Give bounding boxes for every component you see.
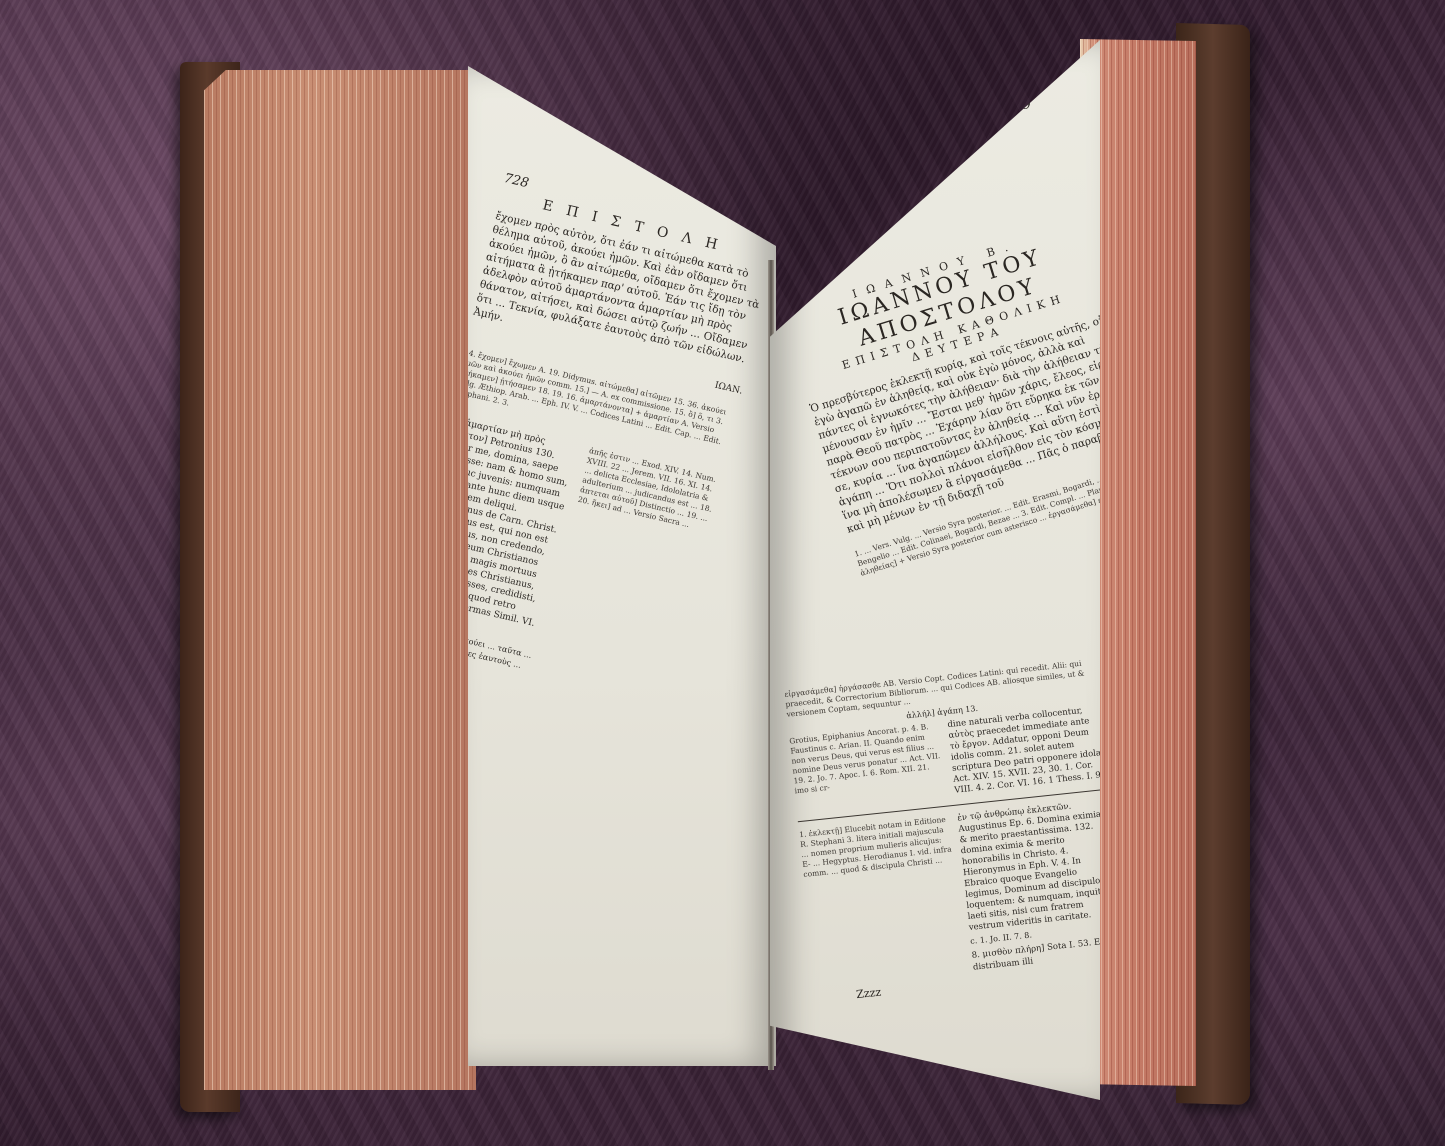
note-word-order: dine naturali verba collocentur, αὐτὸς p… — [947, 704, 1100, 796]
lower-note-left: 1. ἐκλεκτῇ] Elucebit notam in Editione R… — [799, 814, 966, 990]
lower-note-augustinus: ἐν τῷ ἀνθρώπῳ ἐκλεκτῶν. Augustinus Ep. 6… — [957, 798, 1100, 934]
note-grotius: Grotius, Epiphanius Ancorat. p. 4. B. Fa… — [789, 721, 947, 813]
right-page: 729 ΙΩΑΝΝΟΥ Β. ΙΩΑΝΝΟΥ ΤΟΥ ΑΠΟΣΤΟΛΟΥ ΕΠΙ… — [770, 40, 1100, 1100]
right-page-content: ΙΩΑΝΝΟΥ Β. ΙΩΑΝΝΟΥ ΤΟΥ ΑΠΟΣΤΟΛΟΥ ΕΠΙΣΤΟΛ… — [780, 216, 1100, 578]
left-page: 728 ΕΠΙΣΤΟΛΗ ἔχομεν πρὸς αὐτὸν, ὅτι ἐάν … — [468, 66, 776, 1066]
left-page-content: 728 ΕΠΙΣΤΟΛΗ ἔχομεν πρὸς αὐτὸν, ὅτι ἐάν … — [468, 171, 776, 707]
page-number-right: 729 — [1006, 98, 1031, 113]
signature-mark: Zzzz — [856, 986, 882, 1002]
left-page-block-red-edges — [204, 70, 476, 1090]
